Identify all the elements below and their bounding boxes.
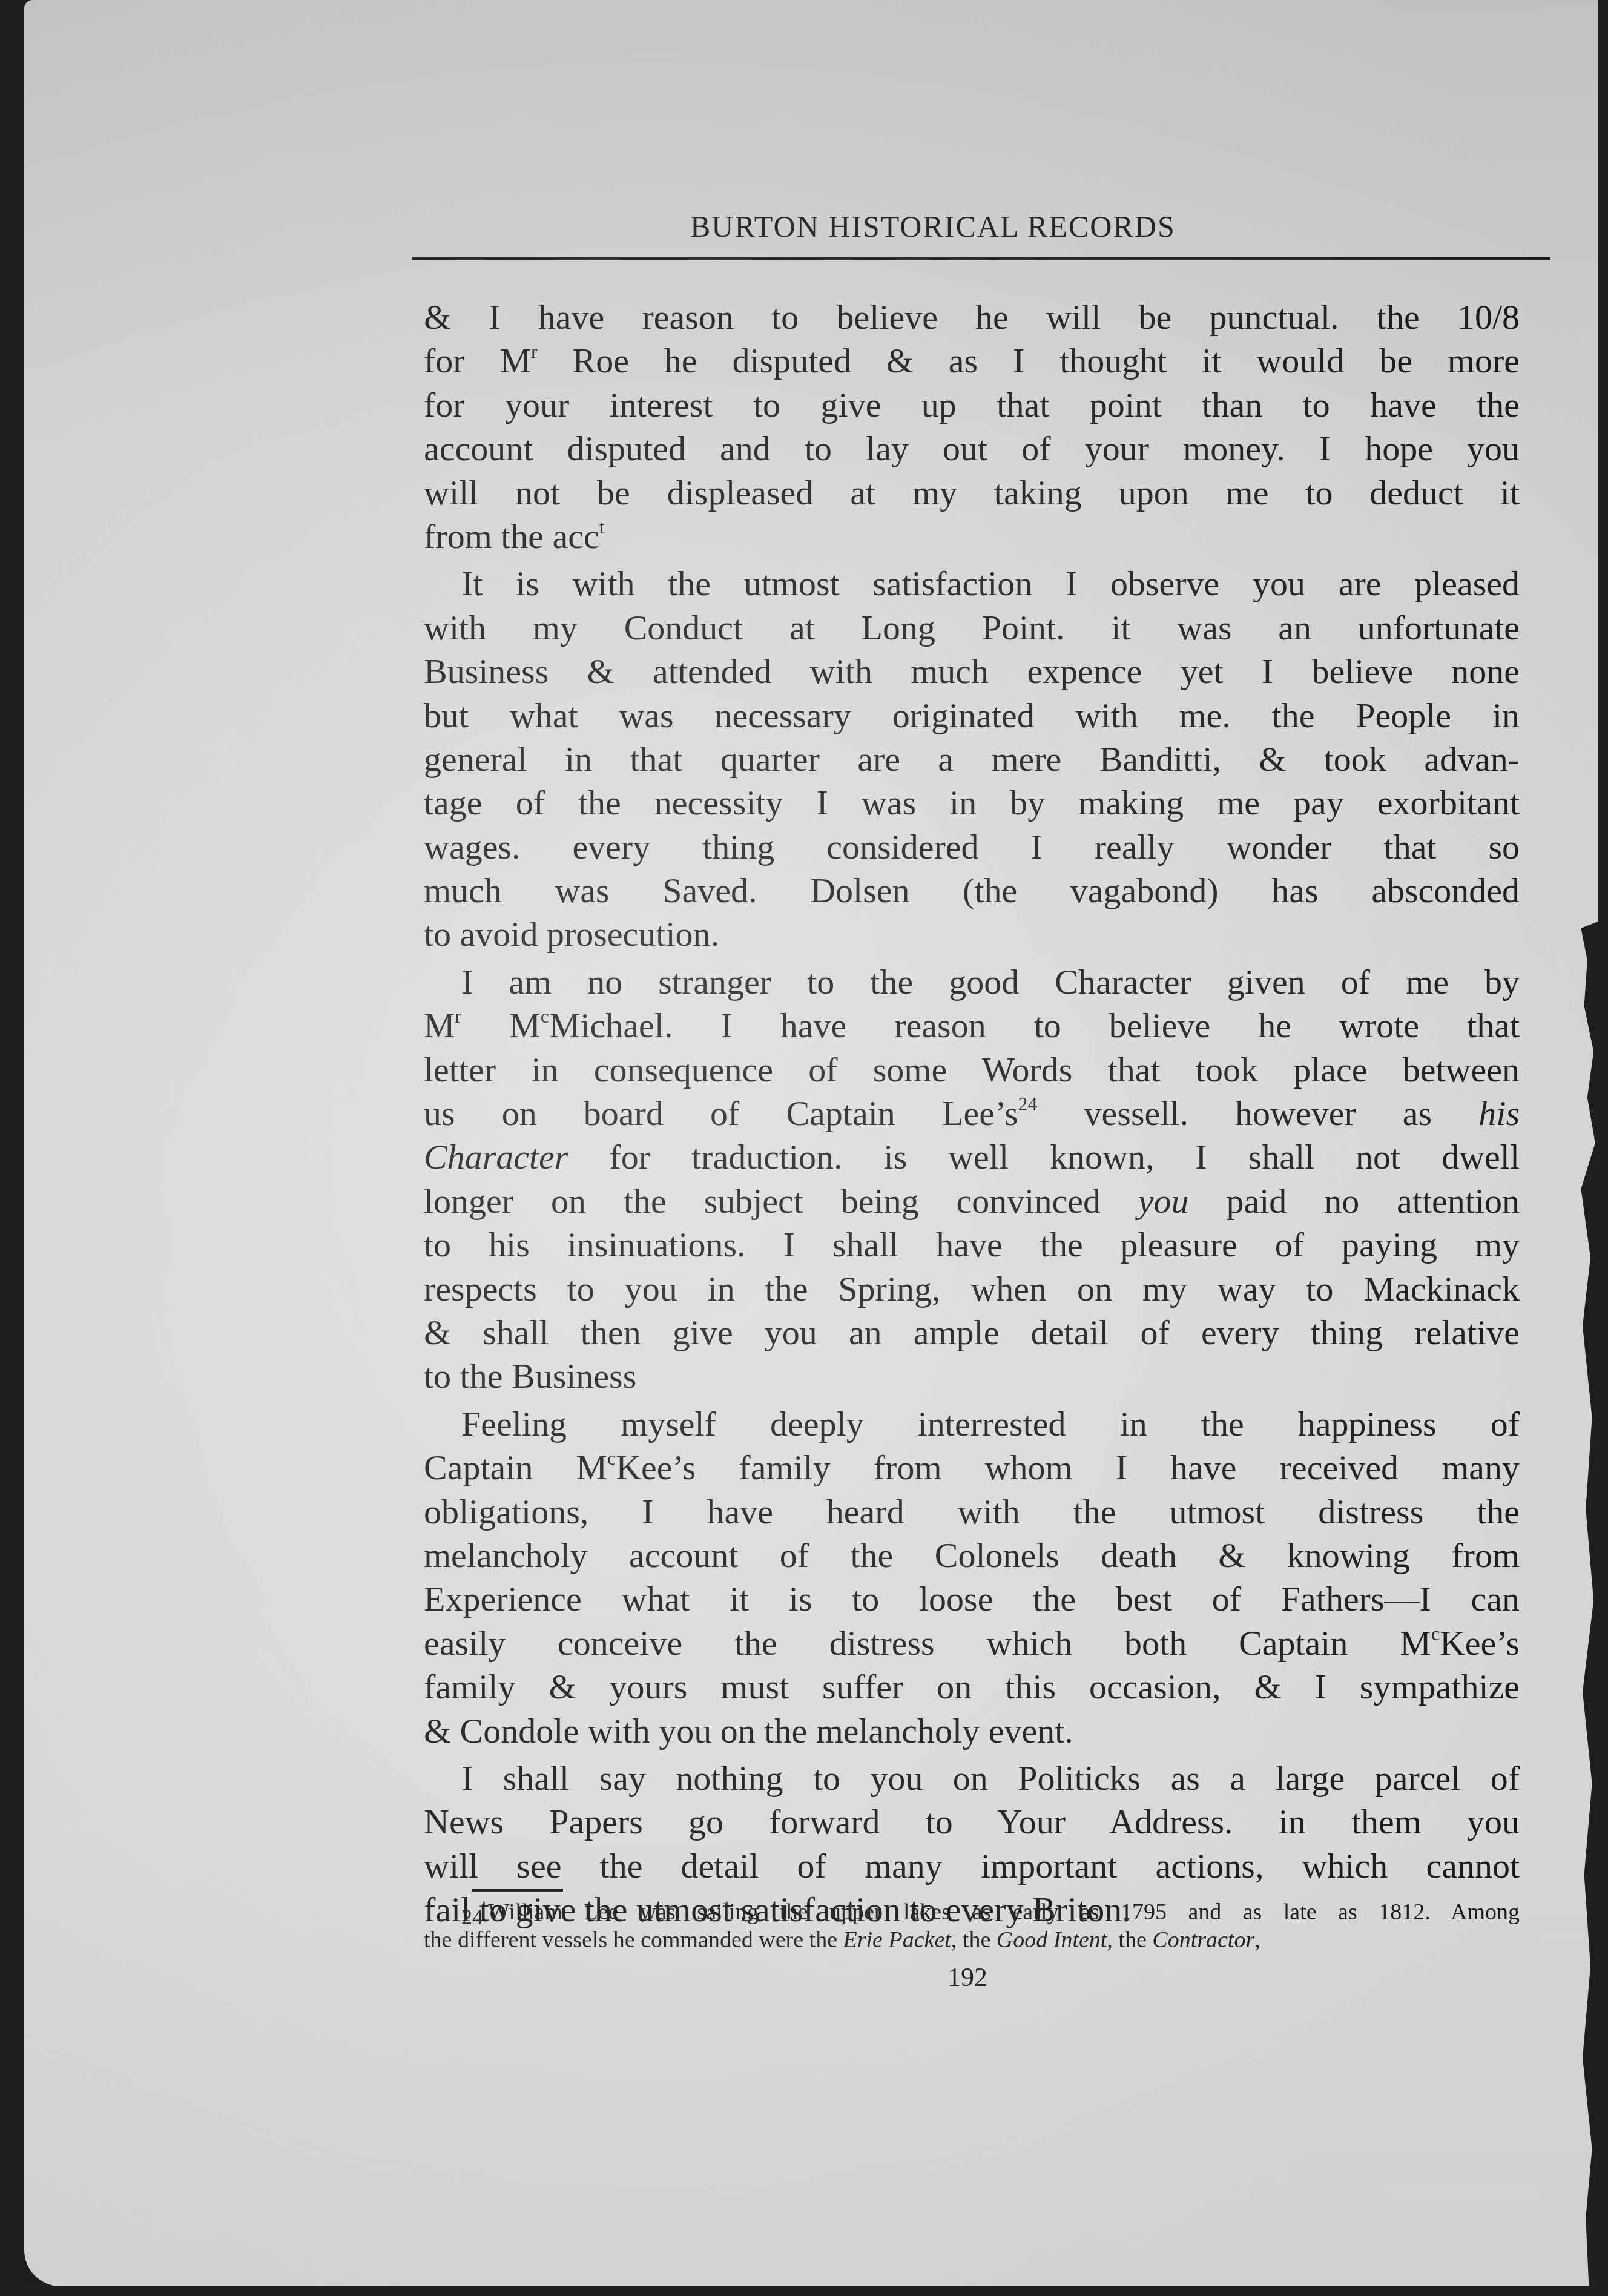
header-rule xyxy=(412,257,1550,260)
text-line: to the Business xyxy=(424,1354,1520,1398)
text-line: for your interest to give up that point … xyxy=(424,383,1520,427)
text-line: & Condole with you on the melancholy eve… xyxy=(424,1709,1520,1753)
footnote-line: the different vessels he commanded were … xyxy=(424,1926,1520,1954)
text-line: I am no stranger to the good Character g… xyxy=(424,960,1520,1004)
footnote: 24William Lee was sailing the upper lake… xyxy=(424,1898,1520,1954)
text-line: but what was necessary originated with m… xyxy=(424,694,1520,737)
footnote-rule xyxy=(472,1889,563,1892)
footnote-number: 24 xyxy=(424,1905,483,1929)
paragraph: Feeling myself deeply interrested in the… xyxy=(424,1402,1520,1753)
text-line: Business & attended with much expence ye… xyxy=(424,650,1520,693)
text-line: from the acct xyxy=(424,515,1520,558)
text-line: tage of the necessity I was in by making… xyxy=(424,781,1520,825)
text-line: to his insinuations. I shall have the pl… xyxy=(424,1223,1520,1267)
text-line: melancholy account of the Colonels death… xyxy=(424,1534,1520,1577)
letter-body: & I have reason to believe he will be pu… xyxy=(424,295,1520,1931)
text-line: us on board of Captain Lee’s24 vessell. … xyxy=(424,1092,1520,1135)
running-head: BURTON HISTORICAL RECORDS xyxy=(690,209,1176,244)
text-line: respects to you in the Spring, when on m… xyxy=(424,1267,1520,1311)
text-line: family & yours must suffer on this occas… xyxy=(424,1665,1520,1709)
text-line: account disputed and to lay out of your … xyxy=(424,427,1520,470)
text-line: It is with the utmost satisfaction I obs… xyxy=(424,562,1520,605)
text-line: letter in consequence of some Words that… xyxy=(424,1048,1520,1092)
text-line: Character for traduction. is well known,… xyxy=(424,1135,1520,1179)
text-line: Mr McMichael. I have reason to believe h… xyxy=(424,1004,1520,1047)
text-line: longer on the subject being convinced yo… xyxy=(424,1179,1520,1223)
text-line: with my Conduct at Long Point. it was an… xyxy=(424,606,1520,650)
page-number: 192 xyxy=(947,1962,987,1993)
text-line: will not be displeased at my taking upon… xyxy=(424,471,1520,515)
text-line: general in that quarter are a mere Bandi… xyxy=(424,737,1520,781)
text-line: obligations, I have heard with the utmos… xyxy=(424,1490,1520,1534)
scanned-page: BURTON HISTORICAL RECORDS & I have reaso… xyxy=(24,0,1598,2286)
text-line: will see the detail of many important ac… xyxy=(424,1844,1520,1888)
text-line: & I have reason to believe he will be pu… xyxy=(424,295,1520,339)
paragraph: & I have reason to believe he will be pu… xyxy=(424,295,1520,558)
text-line: wages. every thing considered I really w… xyxy=(424,825,1520,869)
text-line: & shall then give you an ample detail of… xyxy=(424,1311,1520,1354)
text-line: for Mr Roe he disputed & as I thought it… xyxy=(424,339,1520,383)
paragraph: It is with the utmost satisfaction I obs… xyxy=(424,562,1520,957)
footnote-line: 24William Lee was sailing the upper lake… xyxy=(424,1898,1520,1926)
text-line: Experience what it is to loose the best … xyxy=(424,1577,1520,1621)
text-line: News Papers go forward to Your Address. … xyxy=(424,1800,1520,1844)
paragraph: I am no stranger to the good Character g… xyxy=(424,960,1520,1399)
text-line: Captain McKee’s family from whom I have … xyxy=(424,1446,1520,1489)
text-line: easily conceive the distress which both … xyxy=(424,1621,1520,1665)
text-line: much was Saved. Dolsen (the vagabond) ha… xyxy=(424,869,1520,912)
text-line: I shall say nothing to you on Politicks … xyxy=(424,1757,1520,1800)
text-line: Feeling myself deeply interrested in the… xyxy=(424,1402,1520,1446)
text-line: to avoid prosecution. xyxy=(424,912,1520,956)
